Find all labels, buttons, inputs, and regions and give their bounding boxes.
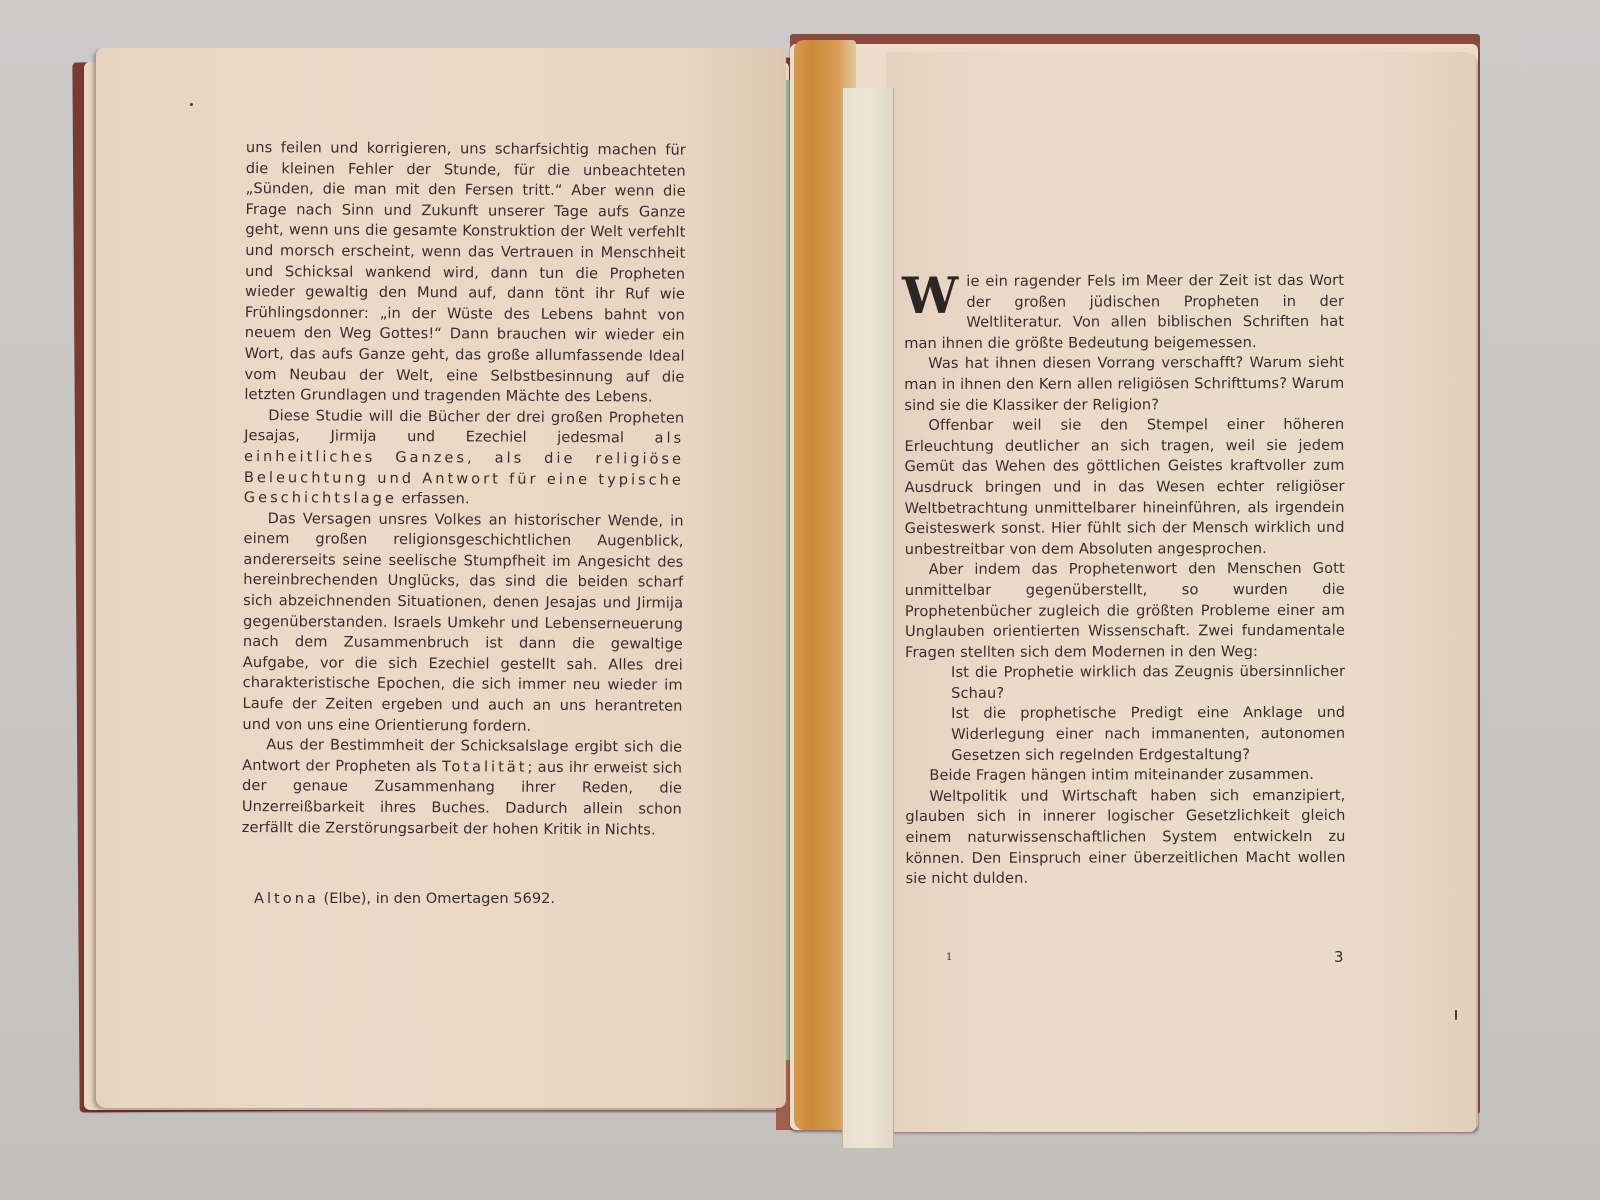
signature-date: (Elbe), in den Omertagen 5692. [319,890,555,907]
paper-speck [1455,1010,1457,1020]
question: Ist die Prophetie wirklich das Zeugnis ü… [905,662,1345,704]
right-page-text: Wie ein ragender Fels im Meer der Zeit i… [904,271,1346,890]
text-run: ie ein ragender Fels im Meer der Zeit is… [904,272,1344,352]
paragraph: Aus der Bestimmheit der Schicksalslage e… [242,735,683,841]
paragraph: Diese Studie will die Bücher der drei gr… [244,406,685,512]
drop-cap: W [902,276,958,316]
question: Ist die prophetische Predigt eine Anklag… [905,703,1345,766]
paragraph: uns feilen und korrigieren, uns scharfsi… [244,138,686,408]
text-run: erfassen. [397,490,470,507]
signature-place: Altona [254,890,319,907]
binding-paper-strip [842,88,894,1148]
left-page-text: uns feilen und korrigieren, uns scharfsi… [242,138,686,841]
page-number: 3 [1334,948,1344,966]
paragraph: Offenbar weil sie den Stempel einer höhe… [904,415,1344,560]
paper-speck [190,103,193,106]
paragraph: Wie ein ragender Fels im Meer der Zeit i… [904,271,1344,355]
signature-mark: 1 [946,952,952,963]
emphasized-text: Totalität [442,758,528,776]
paragraph: Aber indem das Prophetenwort den Mensche… [905,559,1345,663]
paragraph: Weltpolitik und Wirtschaft haben sich em… [905,786,1345,890]
paragraph: Beide Fragen hängen intim miteinander zu… [905,765,1345,787]
text-run: Diese Studie will die Bücher der drei gr… [244,407,684,447]
paragraph: Was hat ihnen diesen Vorrang verschafft?… [904,353,1344,416]
preface-signature: Altona (Elbe), in den Omertagen 5692. [254,890,555,907]
paragraph: Das Versagen unsres Volkes an historisch… [242,509,683,738]
